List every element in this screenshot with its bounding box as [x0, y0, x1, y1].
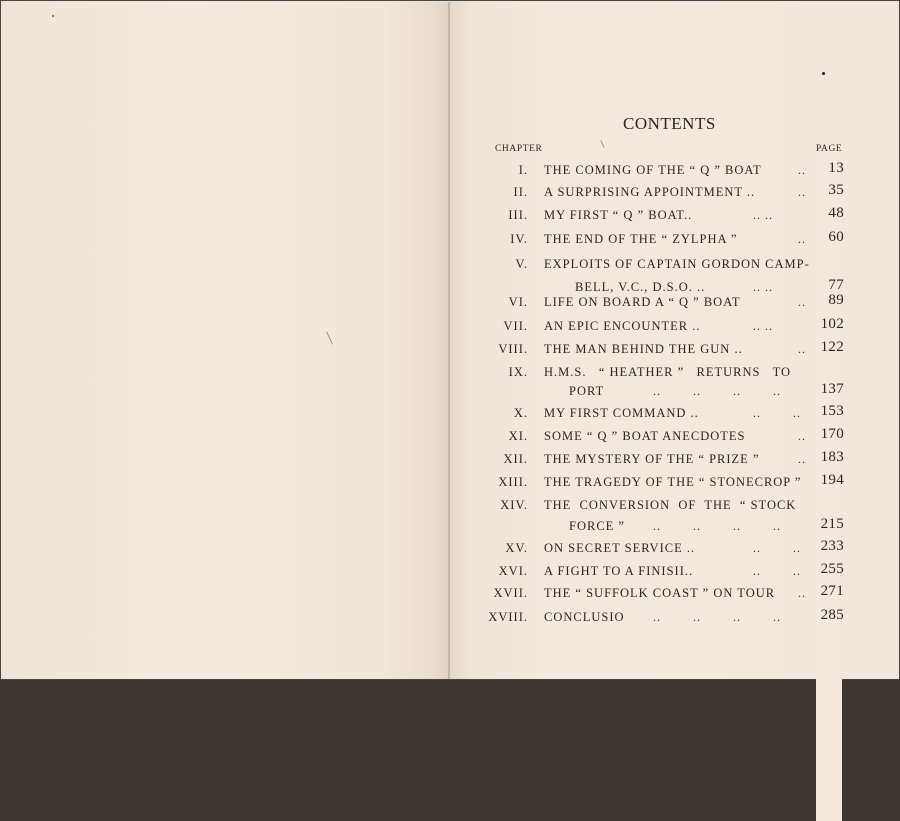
toc-entry: VIII. THE MAN BEHIND THE GUN .. .. 122	[1, 342, 900, 364]
chapter-title: THE COMING OF THE “ Q ” BOAT	[544, 163, 762, 178]
page-number: 285	[821, 607, 844, 624]
dot-leader: .. ..	[753, 541, 801, 556]
chapter-number: I.	[519, 163, 528, 178]
toc-entry: XI. SOME “ Q ” BOAT ANECDOTES .. 170	[1, 429, 900, 451]
chapter-title: MY FIRST “ Q ” BOAT..	[544, 208, 692, 223]
dot-leader: ..	[798, 342, 806, 357]
page-number: 255	[821, 561, 844, 578]
toc-entry: V. EXPLOITS OF CAPTAIN GORDON CAMP-	[1, 257, 900, 279]
chapter-number: II.	[514, 185, 528, 200]
page-number: 137	[821, 381, 844, 398]
toc-entry: XVII. THE “ SUFFOLK COAST ” ON TOUR .. 2…	[1, 586, 900, 608]
chapter-number: XVII.	[493, 586, 528, 601]
chapter-number: X.	[514, 406, 528, 421]
dot-leader: .. ..	[753, 564, 801, 579]
chapter-number: XIII.	[498, 475, 528, 490]
chapter-number: III.	[508, 208, 528, 223]
paper-speck	[822, 72, 825, 75]
chapter-title-continued: BELL, V.C., D.S.O. ..	[575, 280, 705, 295]
toc-entry: XVI. A FIGHT TO A FINISII.. .. .. 255	[1, 564, 900, 586]
page-number: 48	[828, 205, 844, 222]
page-number: 89	[828, 292, 844, 309]
dot-leader: ..	[798, 163, 806, 178]
page-number: 13	[828, 160, 844, 177]
chapter-title: AN EPIC ENCOUNTER ..	[544, 319, 700, 334]
toc-entry: XIII. THE TRAGEDY OF THE “ STONECROP ” 1…	[1, 475, 900, 497]
chapter-title: SOME “ Q ” BOAT ANECDOTES	[544, 429, 746, 444]
dot-leader: .. ..	[753, 208, 773, 223]
chapter-number: VIII.	[498, 342, 528, 357]
chapter-title-continued: FORCE ”	[569, 519, 625, 534]
chapter-title: THE TRAGEDY OF THE “ STONECROP ”	[544, 475, 801, 490]
page-number: 153	[821, 403, 844, 420]
chapter-title: CONCLUSIO	[544, 610, 625, 625]
toc-entry: IV. THE END OF THE “ ZYLPHA ” .. 60	[1, 232, 900, 254]
chapter-title: MY FIRST COMMAND ..	[544, 406, 699, 421]
dot-leader: .. .. .. ..	[653, 384, 781, 399]
chapter-title: THE CONVERSION OF THE “ STOCK	[544, 498, 796, 513]
page-number: 122	[821, 339, 844, 356]
dot-leader: ..	[798, 452, 806, 467]
toc-entry: VII. AN EPIC ENCOUNTER .. .. .. 102	[1, 319, 900, 341]
toc-entry-continuation: FORCE ” .. .. .. .. 215	[1, 519, 900, 541]
chapter-number: VI.	[509, 295, 528, 310]
page-number: 271	[821, 583, 844, 600]
dot-leader: .. .. .. ..	[653, 610, 781, 625]
dot-leader: .. ..	[753, 319, 773, 334]
toc-entry: I. THE COMING OF THE “ Q ” BOAT .. 13	[1, 163, 900, 185]
chapter-title: LIFE ON BOARD A “ Q ” BOAT	[544, 295, 740, 310]
chapter-number: IX.	[509, 365, 528, 380]
chapter-title: THE “ SUFFOLK COAST ” ON TOUR	[544, 586, 775, 601]
page-number: 194	[821, 472, 844, 489]
dot-leader: ..	[798, 429, 806, 444]
book-spread: CONTENTS CHAPTER PAGE I. THE COMING OF T…	[0, 0, 900, 680]
toc-entry: II. A SURPRISING APPOINTMENT .. .. 35	[1, 185, 900, 207]
page-number: 102	[821, 316, 844, 333]
chapter-title: THE MYSTERY OF THE “ PRIZE ”	[544, 452, 760, 467]
page-number: 215	[821, 516, 844, 533]
chapter-title: THE MAN BEHIND THE GUN ..	[544, 342, 743, 357]
chapter-number: V.	[515, 257, 528, 272]
chapter-title: EXPLOITS OF CAPTAIN GORDON CAMP-	[544, 257, 810, 272]
chapter-number: XII.	[504, 452, 528, 467]
page-number: 233	[821, 538, 844, 555]
chapter-title-continued: PORT	[569, 384, 604, 399]
dot-leader: ..	[798, 232, 806, 247]
chapter-number: VII.	[504, 319, 528, 334]
chapter-title: A SURPRISING APPOINTMENT ..	[544, 185, 755, 200]
dot-leader: .. ..	[753, 280, 773, 295]
chapter-number: XIV.	[500, 498, 528, 513]
contents-heading: CONTENTS	[623, 114, 723, 134]
toc-entry-continuation: PORT .. .. .. .. 137	[1, 384, 900, 406]
toc-entry: III. MY FIRST “ Q ” BOAT.. .. .. 48	[1, 208, 900, 230]
paper-speck	[52, 15, 54, 17]
chapter-title: THE END OF THE “ ZYLPHA ”	[544, 232, 738, 247]
dot-leader: ..	[798, 185, 806, 200]
chapter-column-label: CHAPTER	[495, 144, 542, 154]
toc-entry: XIV. THE CONVERSION OF THE “ STOCK	[1, 498, 900, 520]
chapter-number: XVIII.	[488, 610, 528, 625]
chapter-title: A FIGHT TO A FINISII..	[544, 564, 693, 579]
chapter-number: XVI.	[499, 564, 528, 579]
toc-entry: X. MY FIRST COMMAND .. .. .. 153	[1, 406, 900, 428]
chapter-number: XV.	[505, 541, 528, 556]
dot-leader: ..	[798, 295, 806, 310]
dot-leader: .. ..	[753, 406, 801, 421]
page-number: 170	[821, 426, 844, 443]
chapter-number: IV.	[510, 232, 528, 247]
page-number: 60	[828, 229, 844, 246]
chapter-number: XI.	[509, 429, 528, 444]
page-number: 35	[828, 182, 844, 199]
toc-entry: XVIII. CONCLUSIO .. .. .. .. 285	[1, 610, 900, 632]
dot-leader: ..	[798, 586, 806, 601]
toc-entry: VI. LIFE ON BOARD A “ Q ” BOAT .. 89	[1, 295, 900, 317]
chapter-title: ON SECRET SERVICE ..	[544, 541, 695, 556]
toc-entry: XII. THE MYSTERY OF THE “ PRIZE ” .. 183	[1, 452, 900, 474]
dot-leader: .. .. .. ..	[653, 519, 781, 534]
toc-entry: XV. ON SECRET SERVICE .. .. .. 233	[1, 541, 900, 563]
page-number: 183	[821, 449, 844, 466]
chapter-title: H.M.S. “ HEATHER ” RETURNS TO	[544, 365, 791, 380]
